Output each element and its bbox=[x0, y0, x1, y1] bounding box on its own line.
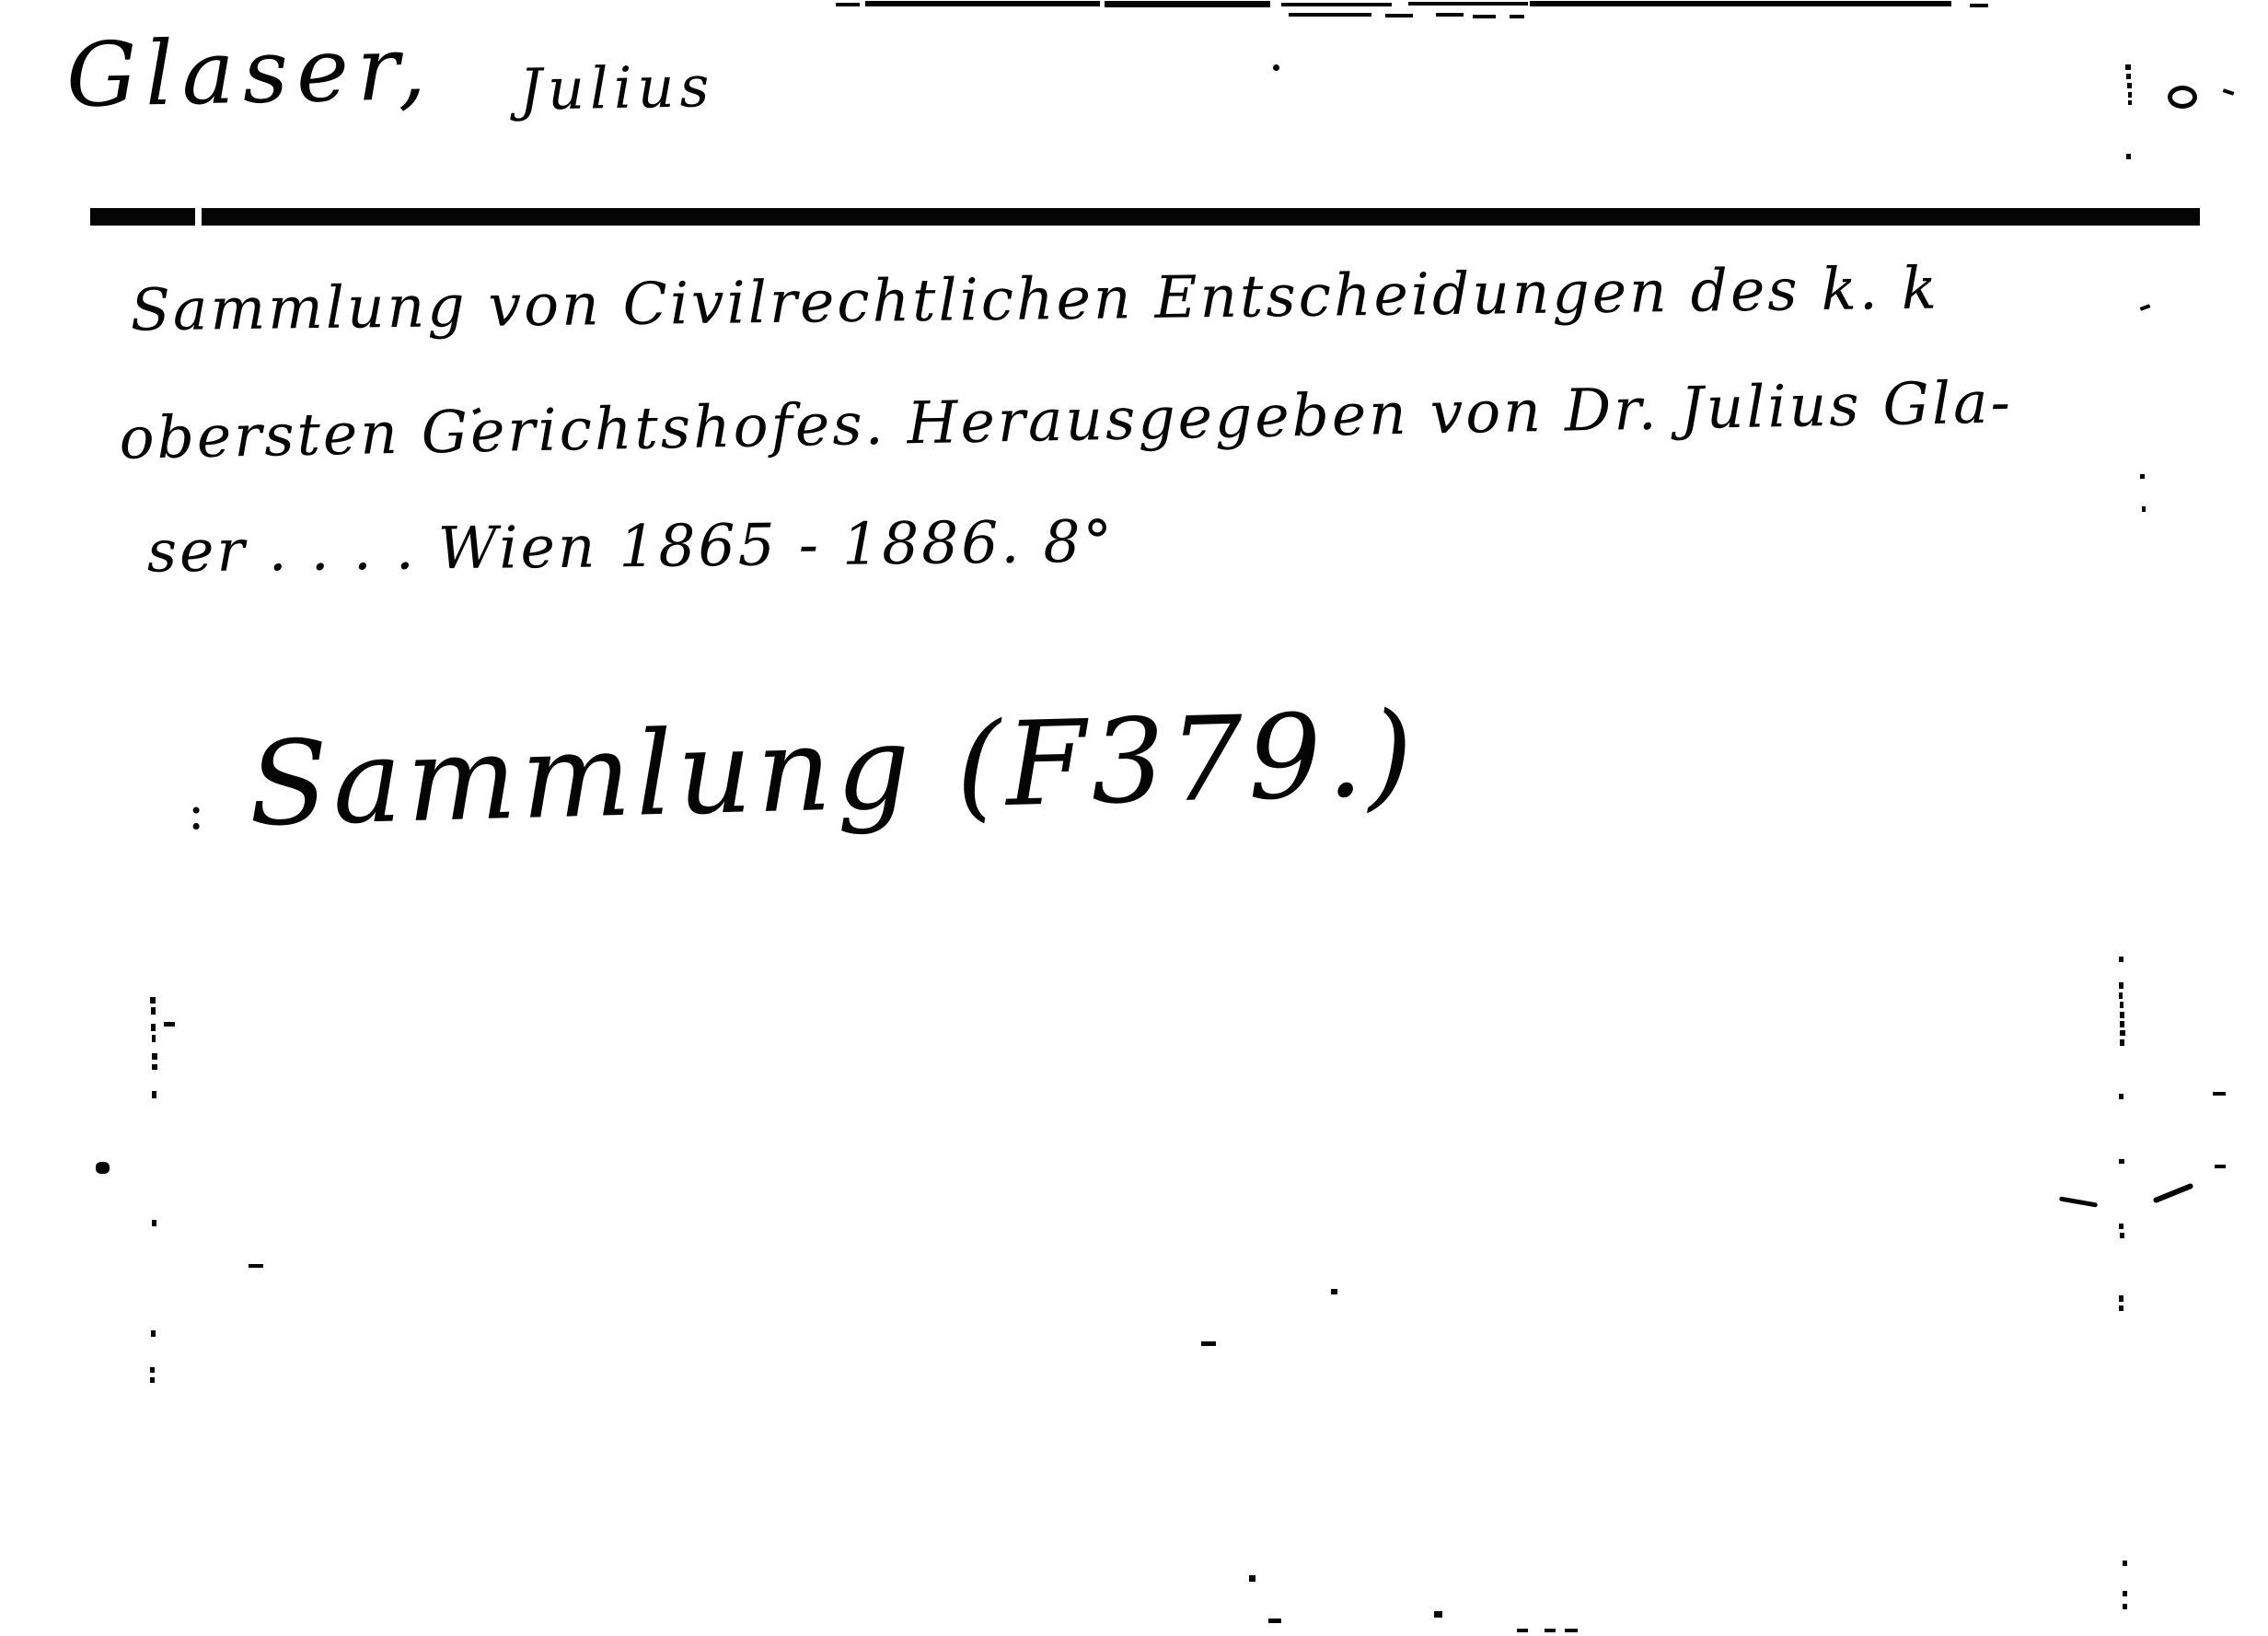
ink-speck bbox=[152, 1091, 156, 1098]
ink-speck bbox=[2223, 88, 2235, 96]
ink-speck bbox=[2128, 92, 2132, 98]
shelfmark: : Sammlung (F379.) bbox=[188, 702, 1417, 841]
ink-speck bbox=[151, 1024, 156, 1031]
ink-speck bbox=[2119, 1295, 2123, 1302]
ink-speck bbox=[152, 1220, 156, 1226]
ink-speck bbox=[2153, 1183, 2194, 1204]
entry-line: ser . . . . Wien 1865 - 1886. 8° bbox=[146, 498, 2014, 639]
scan-edge-artifact bbox=[1281, 3, 1392, 6]
scan-edge-artifact bbox=[1289, 13, 1371, 17]
ink-speck bbox=[152, 1064, 157, 1070]
ink-speck bbox=[150, 1367, 155, 1373]
heading: Glaser, Julius bbox=[66, 20, 714, 123]
ink-speck bbox=[1517, 1629, 1528, 1632]
ink-speck bbox=[96, 1162, 110, 1174]
ink-speck bbox=[164, 1022, 175, 1027]
ink-speck bbox=[151, 1330, 156, 1337]
header-rule bbox=[90, 208, 2200, 226]
ink-speck bbox=[1273, 64, 1279, 71]
ink-speck bbox=[151, 1007, 156, 1015]
ink-speck bbox=[2119, 1159, 2124, 1164]
entry-paragraph: Sammlung von Civilrechtlichen Entscheidu… bbox=[131, 265, 2014, 630]
scan-edge-artifact bbox=[1436, 13, 1464, 17]
ink-speck bbox=[152, 1053, 157, 1060]
shelfmark-prefix: : bbox=[188, 783, 204, 841]
scan-edge-artifact bbox=[1510, 15, 1524, 18]
ink-speck bbox=[2128, 100, 2132, 105]
ink-speck bbox=[2123, 1604, 2127, 1609]
ink-speck bbox=[150, 997, 156, 1004]
ink-speck bbox=[2127, 83, 2132, 88]
ink-speck bbox=[2120, 1233, 2124, 1238]
heading-surname: Glaser, bbox=[65, 17, 435, 127]
ink-speck bbox=[1434, 1611, 1442, 1618]
ink-speck bbox=[2140, 474, 2145, 479]
ink-speck bbox=[1565, 1629, 1578, 1632]
header-rule-gap bbox=[195, 208, 202, 226]
scan-edge-artifact bbox=[865, 1, 1100, 6]
ink-speck bbox=[2119, 1305, 2123, 1311]
ink-speck bbox=[2120, 1012, 2124, 1018]
scan-edge-artifact bbox=[1408, 2, 1528, 6]
ink-speck bbox=[2120, 1030, 2125, 1036]
scan-edge-artifact bbox=[836, 3, 860, 6]
ink-speck bbox=[2120, 1021, 2124, 1027]
ink-speck bbox=[2213, 1092, 2226, 1096]
ink-speck bbox=[2125, 64, 2131, 70]
scan-edge-artifact bbox=[1473, 15, 1496, 18]
ink-speck bbox=[2119, 957, 2123, 962]
ink-speck bbox=[2119, 982, 2123, 989]
scan-edge-artifact bbox=[1385, 14, 1413, 17]
ink-speck bbox=[2140, 304, 2151, 311]
ink-speck bbox=[2119, 1094, 2123, 1099]
ink-speck bbox=[1249, 1575, 1255, 1582]
heading-forename: Julius bbox=[518, 52, 714, 123]
ink-speck bbox=[1545, 1629, 1556, 1632]
ink-speck bbox=[1201, 1341, 1216, 1346]
ink-speck bbox=[2059, 1196, 2098, 1207]
scan-edge-artifact bbox=[1530, 1, 1951, 6]
ink-speck bbox=[150, 1377, 155, 1383]
ink-speck bbox=[2123, 1591, 2127, 1596]
shelfmark-text: Sammlung (F379.) bbox=[247, 686, 1418, 852]
ink-speck bbox=[2119, 1224, 2123, 1229]
ink-speck bbox=[1268, 1619, 1281, 1623]
ink-speck bbox=[2142, 506, 2146, 512]
ink-speck bbox=[2119, 992, 2123, 999]
catalog-card: Glaser, Julius Sammlung von Civilrechtli… bbox=[0, 0, 2268, 1636]
ink-speck bbox=[249, 1264, 263, 1268]
ink-speck bbox=[152, 1035, 156, 1042]
ink-speck bbox=[2123, 1561, 2127, 1566]
ink-speck bbox=[2126, 154, 2131, 159]
ink-speck bbox=[2215, 1165, 2226, 1168]
ink-circle-mark bbox=[2168, 86, 2197, 109]
scan-edge-artifact bbox=[1970, 4, 1988, 7]
ink-speck bbox=[1331, 1289, 1337, 1294]
ink-speck bbox=[2126, 74, 2131, 79]
ink-speck bbox=[2120, 1002, 2123, 1008]
scan-edge-artifact bbox=[1105, 1, 1270, 7]
ink-speck bbox=[2120, 1039, 2124, 1046]
